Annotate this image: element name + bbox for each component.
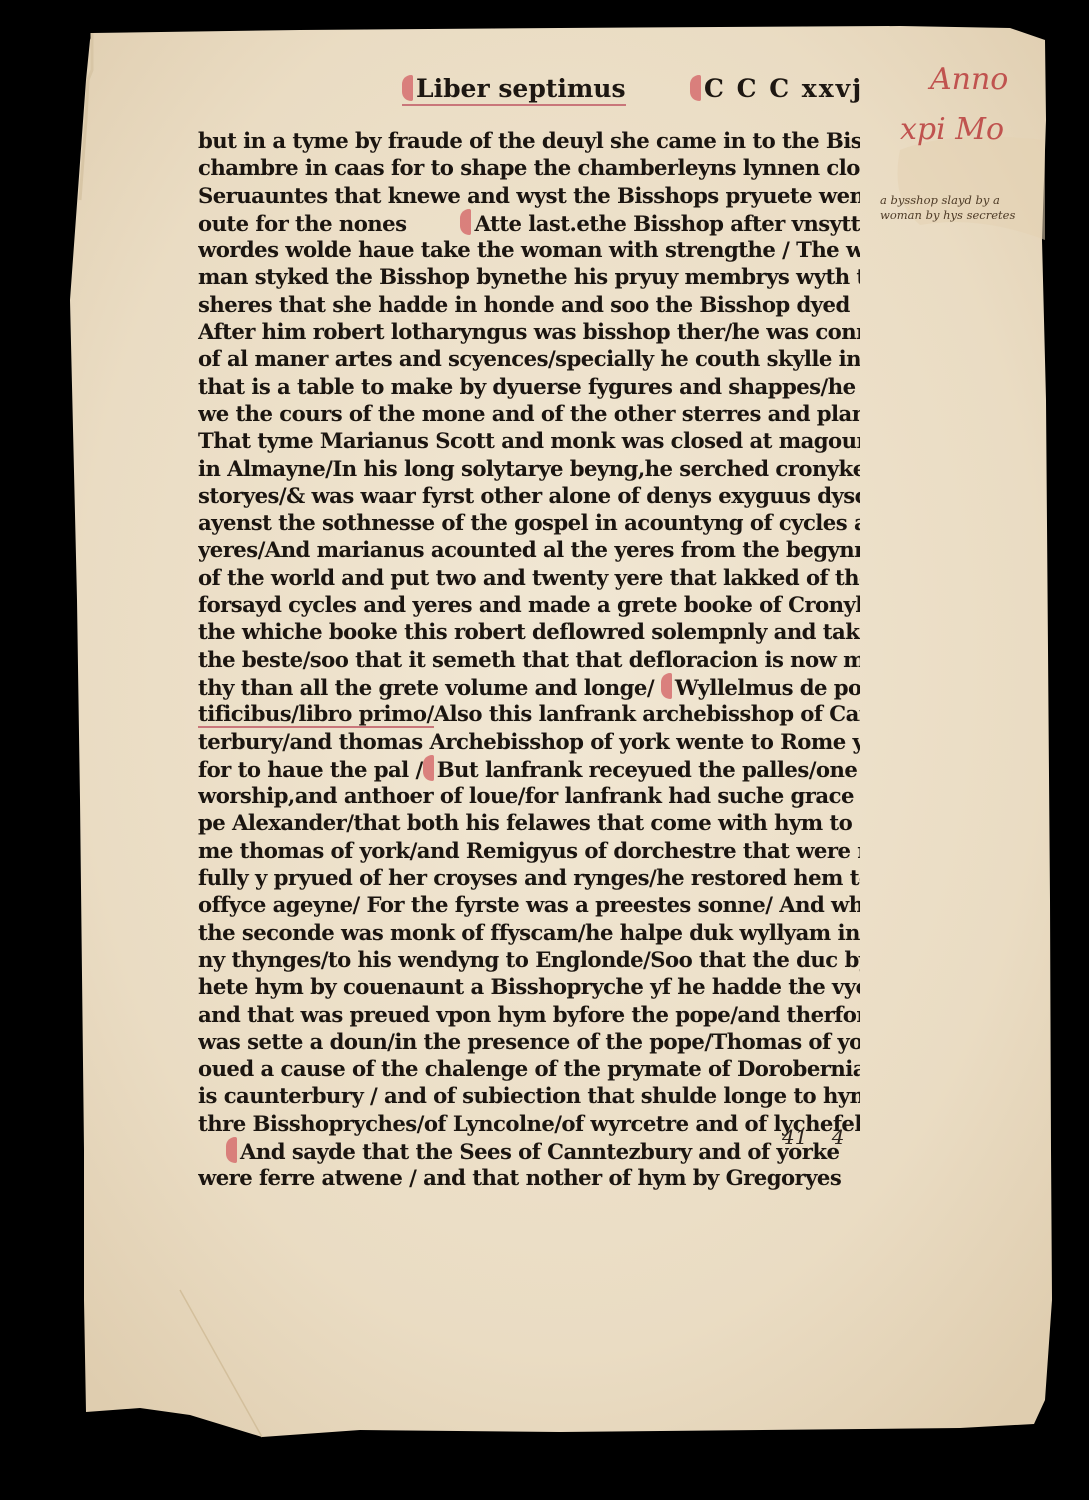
text-line: pe Alexander/that both his felawes that …	[198, 809, 860, 836]
text-line: tificibus/libro primo/Also this lanfrank…	[198, 700, 860, 727]
text-line: sheres that she hadde in honde and soo t…	[198, 291, 860, 318]
folio-number: C C C xxvj	[690, 74, 863, 103]
text-line: but in a tyme by fraude of the deuyl she…	[198, 127, 860, 154]
text-line: that is a table to make by dyuerse fygur…	[198, 373, 860, 400]
text-line: oute for the nonesAtte last.ethe Bisshop…	[198, 209, 860, 236]
marginal-note-brown-2: woman by hys secretes	[880, 208, 1015, 223]
rubric-pilcrow-icon	[661, 673, 672, 699]
main-text-block: but in a tyme by fraude of the deuyl she…	[198, 127, 860, 1192]
text-line: storyes/& was waar fyrst other alone of …	[198, 482, 860, 509]
text-line: we the cours of the mone and of the othe…	[198, 400, 860, 427]
signature-mark: 41 4	[782, 1125, 845, 1149]
text-line: in Almayne/In his long solytarye beyng,h…	[198, 455, 860, 482]
text-line: hete hym by couenaunt a Bisshopryche yf …	[198, 973, 860, 1000]
text-line: thy than all the grete volume and longe/…	[198, 673, 860, 700]
text-line: ny thynges/to his wendyng to Englonde/So…	[198, 946, 860, 973]
text-line: And sayde that the Sees of Canntezbury a…	[198, 1137, 860, 1164]
text-line: terbury/and thomas Archebisshop of york …	[198, 728, 860, 755]
text-line: ayenst the sothnesse of the gospel in ac…	[198, 509, 860, 536]
text-line: yeres/And marianus acounted al the yeres…	[198, 536, 860, 563]
rubric-pilcrow-icon	[460, 209, 471, 235]
page-scan: Liber septimus C C C xxvj Anno xpi Mo a …	[0, 0, 1089, 1500]
marginal-note-brown-1: a bysshop slayd by a	[880, 193, 1000, 208]
marginal-note-red-2: xpi Mo	[900, 112, 1004, 147]
text-line: of the world and put two and twenty yere…	[198, 564, 860, 591]
running-head-title: Liber septimus	[402, 74, 626, 106]
text-line: chambre in caas for to shape the chamber…	[198, 154, 860, 181]
rubric-pilcrow-icon	[226, 1137, 237, 1163]
rubric-pilcrow-icon	[402, 75, 413, 101]
text-line: thre Bisshopryches/of Lyncolne/of wyrcet…	[198, 1110, 860, 1137]
text-line: wordes wolde haue take the woman with st…	[198, 236, 860, 263]
text-line: and that was preued vpon hym byfore the …	[198, 1001, 860, 1028]
rubric-pilcrow-icon	[690, 75, 701, 101]
text-line: the whiche booke this robert deflowred s…	[198, 618, 860, 645]
rubric-citation: Wyllelmus de pon/	[675, 675, 860, 700]
text-line: the seconde was monk of ffyscam/he halpe…	[198, 919, 860, 946]
text-line: fully y pryued of her croyses and rynges…	[198, 864, 860, 891]
text-line: the beste/soo that it semeth that that d…	[198, 646, 860, 673]
text-line: After him robert lotharyngus was bisshop…	[198, 318, 860, 345]
marginal-note-red-1: Anno	[930, 62, 1008, 97]
text-line: for to haue the pal /But lanfrank receyu…	[198, 755, 860, 782]
text-line: That tyme Marianus Scott and monk was cl…	[198, 427, 860, 454]
text-line: oued a cause of the chalenge of the prym…	[198, 1055, 860, 1082]
text-line: were ferre atwene / and that nother of h…	[198, 1164, 860, 1191]
text-line: offyce ageyne/ For the fyrste was a pree…	[198, 891, 860, 918]
text-line: was sette a doun/in the presence of the …	[198, 1028, 860, 1055]
rubric-pilcrow-icon	[423, 755, 434, 781]
rubric-citation: tificibus/libro primo/	[198, 701, 434, 727]
running-head: Liber septimus C C C xxvj	[388, 74, 878, 110]
text-line: is caunterbury / and of subiection that …	[198, 1082, 860, 1109]
text-line: of al maner artes and scyences/specially…	[198, 345, 860, 372]
text-line: Seruauntes that knewe and wyst the Bissh…	[198, 182, 860, 209]
text-line: man styked the Bisshop bynethe his pryuy…	[198, 263, 860, 290]
text-line: worship,and anthoer of loue/for lanfrank…	[198, 782, 860, 809]
text-line: me thomas of york/and Remigyus of dorche…	[198, 837, 860, 864]
text-line: forsayd cycles and yeres and made a gret…	[198, 591, 860, 618]
